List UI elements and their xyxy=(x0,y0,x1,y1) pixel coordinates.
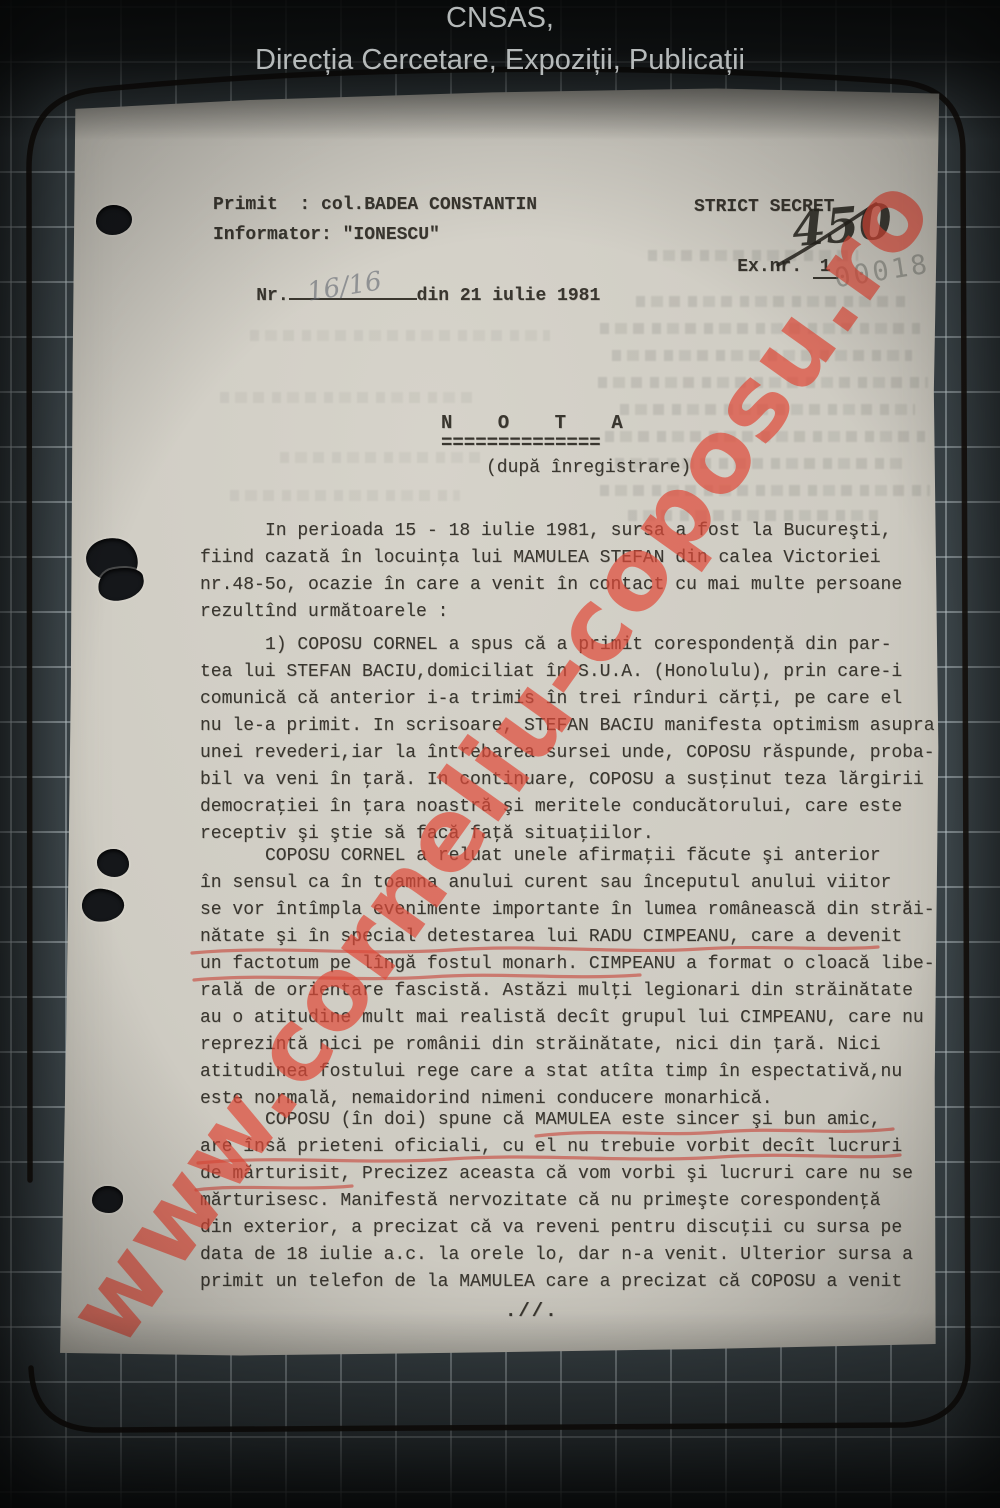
handwritten-number: 16/16 xyxy=(305,266,384,307)
header-received: Primit : col.BADEA CONSTANTIN xyxy=(213,190,537,220)
photo-background: Primit : col.BADEA CONSTANTIN Informator… xyxy=(0,0,1000,1508)
punch-hole xyxy=(97,849,129,877)
caption-line-1: CNSAS, xyxy=(0,2,1000,35)
number-suffix: din 21 iulie 1981 xyxy=(417,286,601,306)
caption-line-2: Direcția Cercetare, Expoziții, Publicați… xyxy=(0,44,1000,77)
header-informer: Informator: "IONESCU" xyxy=(213,220,440,250)
note-title-underline: ============== xyxy=(441,432,601,454)
note-title: N O T A xyxy=(441,412,629,434)
number-blank: 16/16 xyxy=(289,280,417,300)
header-number: Nr.16/16din 21 iulie 1981 xyxy=(213,250,600,341)
number-prefix: Nr. xyxy=(256,286,288,306)
paragraph-3: COPOSU (în doi) spune că MAMULEA este si… xyxy=(200,1107,952,1296)
page-continuation-mark: .//. xyxy=(505,1300,559,1322)
